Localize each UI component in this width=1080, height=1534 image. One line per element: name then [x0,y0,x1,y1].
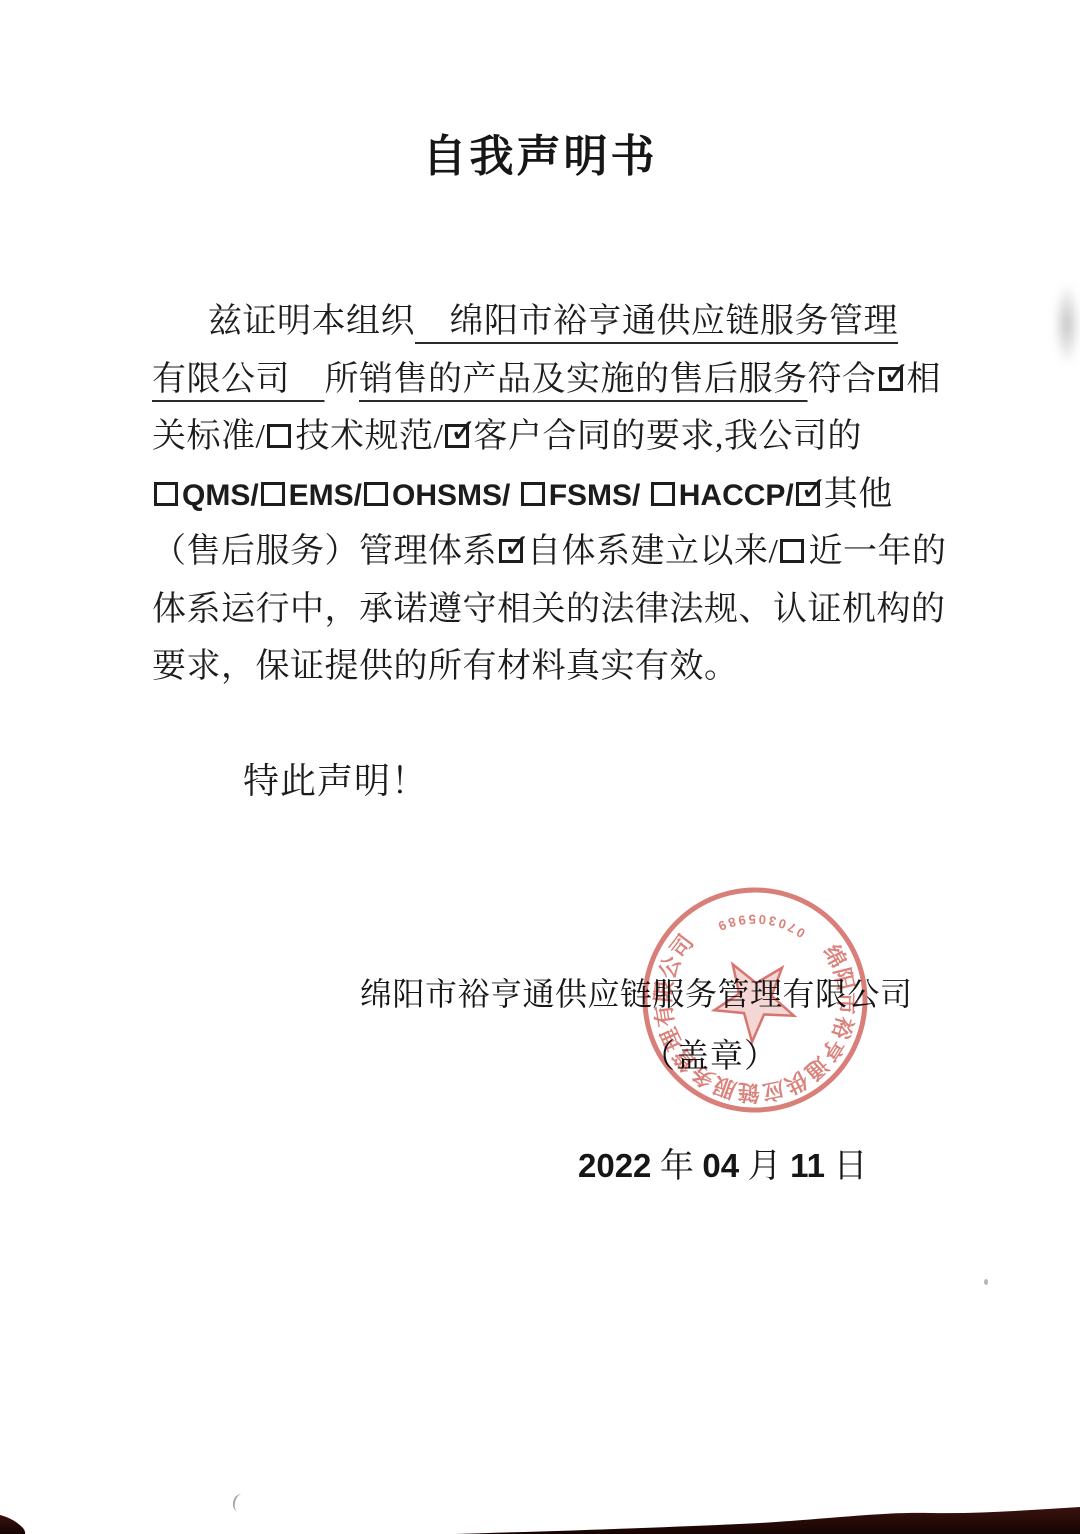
closing-statement: 特此声明！ [243,753,428,804]
text-segment: 要求，保证提供的所有材料真实有效。 [152,648,739,685]
declaration-line-3: 关标准/技术规范/✓客户合同的要求,我公司的 [152,408,942,466]
scan-speck-dot [984,1279,988,1285]
declaration-line-1: 兹证明本组织 绵阳市裕亨通供应链服务管理 [152,293,942,351]
declaration-line-2: 有限公司 所销售的产品及实施的售后服务符合✓相 [152,351,942,409]
text-segment: 自体系建立以来/ [527,533,778,570]
company-seal-stamp: 绵阳市裕亨通供应链服务管理有限公司 5107030598934 [630,882,880,1132]
text-segment: 技术规范/ [295,418,443,455]
text-segment: 11 [790,1147,825,1184]
text-segment: 客户合同的要求,我公司的 [473,418,862,455]
text-segment: HACCP/ [679,479,794,512]
check-icon: ✓ [883,357,911,390]
text-segment: 年 [651,1148,702,1185]
text-segment: 2022 [578,1147,651,1184]
declaration-body: 兹证明本组织 绵阳市裕亨通供应链服务管理有限公司 所销售的产品及实施的售后服务符… [152,293,942,696]
checkbox-unchecked [521,482,545,506]
declaration-line-7: 要求，保证提供的所有材料真实有效。 [152,638,942,696]
checkbox-checked: ✓ [796,482,820,506]
star-icon [712,963,797,1044]
checkbox-unchecked [651,482,675,506]
scan-smudge [1054,283,1080,365]
text-segment: 近一年的 [808,533,946,570]
text-segment: 绵阳市裕亨通供应链服务管理 [415,303,898,340]
text-segment: 关标准/ [152,418,265,455]
checkbox-unchecked [267,424,291,448]
signature-date: 2022 年 04 月 11 日 [578,1138,868,1187]
page-title: 自我声明书 [0,120,1080,184]
text-segment: 体系运行中，承诺遵守相关的法律法规、认证机构的 [152,591,946,628]
checkbox-unchecked [364,482,388,506]
text-segment: （售后服务）管理体系 [152,533,497,570]
text-segment: 兹证明本组织 [208,303,415,340]
declaration-line-5: （售后服务）管理体系✓自体系建立以来/近一年的 [152,523,942,581]
scan-bottom-shadow [0,1494,1080,1534]
text-segment: 相 [907,361,942,398]
text-segment: 销售的产品及实施的售后服务 [359,361,808,398]
check-icon: ✓ [800,472,828,505]
text-segment: QMS/ [182,479,259,512]
text-segment: FSMS/ [549,479,649,512]
document-page: 自我声明书 兹证明本组织 绵阳市裕亨通供应链服务管理有限公司 所销售的产品及实施… [0,0,1080,1534]
text-segment: 符合 [808,361,877,398]
text-segment: 月 [739,1148,790,1185]
text-segment: OHSMS/ [392,479,519,512]
text-segment: 其他 [824,476,893,513]
checkbox-checked: ✓ [879,367,903,391]
checkbox-checked: ✓ [445,424,469,448]
text-segment: EMS/ [289,479,362,512]
text-segment: 所 [325,361,360,398]
text-segment: 日 [825,1148,868,1185]
checkbox-unchecked [780,539,804,563]
check-icon: ✓ [503,529,531,562]
text-segment: 有限公司 [152,361,325,398]
declaration-line-4: QMS/EMS/OHSMS/ FSMS/ HACCP/✓其他 [152,466,942,524]
checkbox-unchecked [154,482,178,506]
declaration-line-6: 体系运行中，承诺遵守相关的法律法规、认证机构的 [152,581,942,639]
checkbox-checked: ✓ [499,539,523,563]
check-icon: ✓ [449,414,477,447]
checkbox-unchecked [261,482,285,506]
text-segment: 04 [702,1147,739,1184]
